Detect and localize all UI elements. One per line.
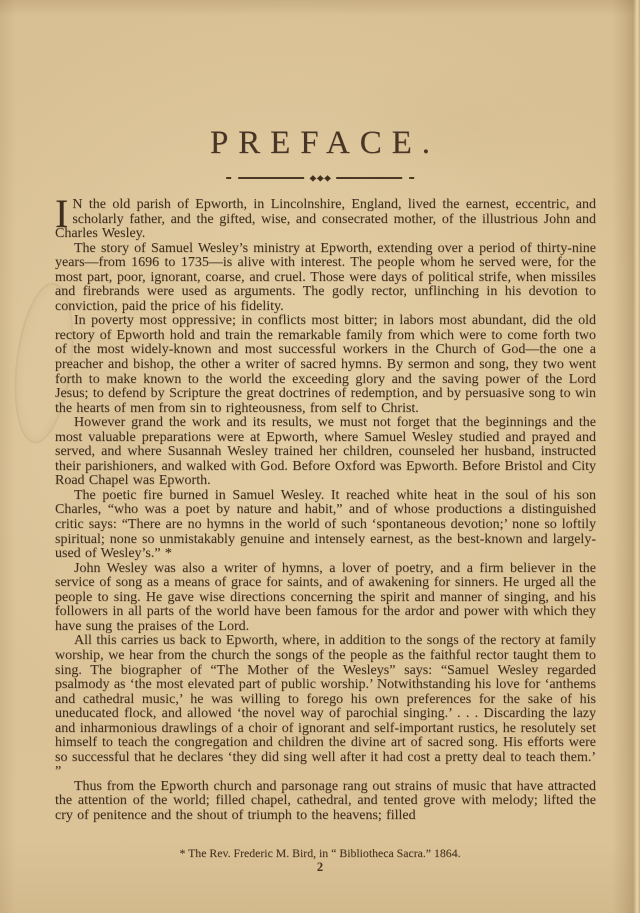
- paragraph: IN the old parish of Epworth, in Lincoln…: [55, 198, 596, 242]
- paragraph: In poverty most oppressive; in conflicts…: [55, 314, 596, 416]
- drop-cap: I: [55, 198, 72, 227]
- page-title: PREFACE.: [0, 125, 640, 162]
- divider-rule: [238, 177, 304, 179]
- paragraph: All this carries us back to Epworth, whe…: [55, 634, 596, 779]
- book-page-scan: PREFACE. ♦♦♦ IN the old parish of Epwort…: [0, 0, 640, 913]
- divider-dash: [226, 177, 231, 179]
- diamond-ornament-icon: ♦♦♦: [309, 173, 331, 184]
- ornamental-divider: ♦♦♦: [226, 172, 414, 185]
- paragraph: The poetic fire burned in Samuel Wesley.…: [55, 489, 596, 562]
- paragraph: The story of Samuel Wesley’s ministry at…: [55, 242, 596, 315]
- paragraph: However grand the work and its results, …: [55, 416, 596, 489]
- divider-dash: [409, 177, 414, 179]
- preface-body: IN the old parish of Epworth, in Lincoln…: [55, 198, 596, 824]
- paragraph: Thus from the Epworth church and parsona…: [55, 780, 596, 824]
- footnote: * The Rev. Frederic M. Bird, in “ Biblio…: [0, 846, 640, 861]
- paragraph: John Wesley was also a writer of hymns, …: [55, 562, 596, 635]
- page-number: 2: [0, 860, 640, 875]
- divider-rule: [336, 177, 402, 179]
- paragraph-text: N the old parish of Epworth, in Lincolns…: [55, 197, 596, 241]
